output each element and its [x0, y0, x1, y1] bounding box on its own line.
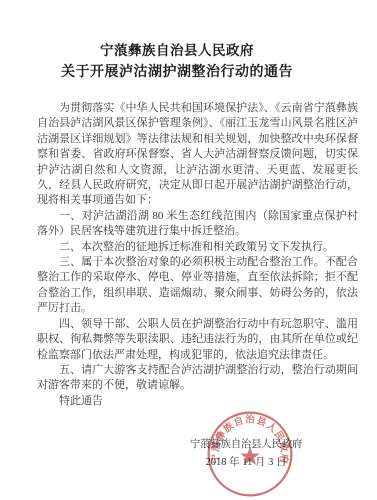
body-paragraph: 四、领导干部、公职人员在护湖整治行动中有玩忽职守、滥用职权、徇私舞弊等失职渎职、… — [37, 317, 358, 363]
document-title: 宁蒗彝族自治县人民政府 关于开展泸沽湖护湖整治行动的通告 — [0, 42, 354, 83]
body-paragraph: 二、本次整治的征地拆迁标准和相关政策另文下发执行。 — [37, 240, 358, 255]
title-issuer-line: 宁蒗彝族自治县人民政府 — [0, 42, 354, 61]
signature-date: 2018 年 11 月 3 日 — [186, 456, 306, 469]
document-body: 为贯彻落实《中华人民共和国环境保护法》、《云南省宁蒗彝族自治县泸沽湖风景区保护管… — [37, 101, 358, 409]
body-paragraph: 三、属于本次整治对象的必须积极主动配合整治工作。不配合整治工作的采取停水、停电、… — [37, 255, 358, 317]
notice-document-page: 宁蒗彝族自治县人民政府 关于开展泸沽湖护湖整治行动的通告 为贯彻落实《中华人民共… — [0, 0, 377, 500]
signature-block: 宁蒗彝族自治县人民政府 2018 年 11 月 3 日 — [186, 438, 306, 469]
body-paragraph: 五、请广大游客支持配合泸沽湖护湖整治行动，整治行动期间对游客带来的不便，敬请谅解… — [37, 363, 358, 394]
title-subject-line: 关于开展泸沽湖护湖整治行动的通告 — [0, 61, 354, 83]
body-paragraph: 特此通告 — [37, 394, 358, 409]
signature-issuer: 宁蒗彝族自治县人民政府 — [186, 438, 306, 451]
body-paragraph: 一、对泸沽湖沿湖 80 米生态红线范围内（除国家重点保护村落外）民居客栈等建筑进… — [37, 209, 358, 240]
body-paragraph: 为贯彻落实《中华人民共和国环境保护法》、《云南省宁蒗彝族自治县泸沽湖风景区保护管… — [37, 101, 358, 209]
